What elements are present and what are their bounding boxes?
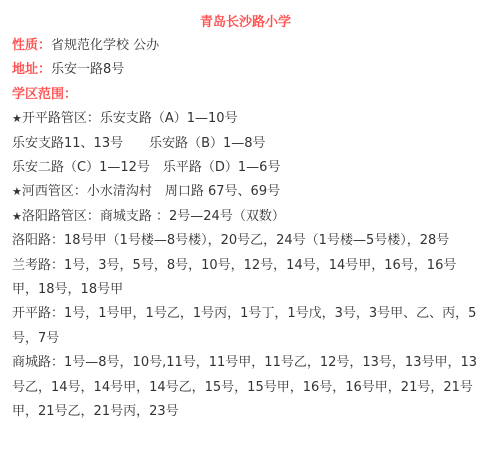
district-line: ★洛阳路管区：商城支路 ：2号—24号（双数） <box>12 205 479 229</box>
star-icon: ★ <box>12 210 22 223</box>
page-title: 青岛长沙路小学 <box>12 0 479 34</box>
nature-label: 性质： <box>12 38 51 53</box>
address-label: 地址： <box>12 62 51 77</box>
district-line-text: 开平路管区：乐安支路（A）1—10号 <box>22 111 238 126</box>
district-label: 学区范围： <box>12 87 77 102</box>
district-line-text: 洛阳路管区：商城支路 ：2号—24号（双数） <box>22 209 285 224</box>
nature-row: 性质：省规范化学校 公办 <box>12 34 479 58</box>
address-value: 乐安一路8号 <box>51 62 124 77</box>
document: 青岛长沙路小学 性质：省规范化学校 公办 地址：乐安一路8号 学区范围： ★开平… <box>0 0 489 425</box>
road-paragraph-shangcheng: 商城路：1号—8号，10号,11号，11号甲，11号乙，12号，13号，13号甲… <box>12 351 479 424</box>
district-heading: 学区范围： <box>12 83 479 107</box>
district-line-text: 河西管区：小水清沟村 周口路 67号、69号 <box>22 184 280 199</box>
road-paragraph-kaiping: 开平路：1号，1号甲，1号乙，1号丙，1号丁，1号戊，3号，3号甲、乙、丙，5号… <box>12 302 479 351</box>
road-paragraph-luoyang: 洛阳路：18号甲（1号楼—8号楼），20号乙，24号（1号楼—5号楼），28号 <box>12 229 479 253</box>
district-line: ★开平路管区：乐安支路（A）1—10号 <box>12 107 479 131</box>
nature-value: 省规范化学校 公办 <box>51 38 159 53</box>
star-icon: ★ <box>12 112 22 125</box>
district-line-text: 乐安支路11、13号 乐安路（B）1—8号 <box>12 136 266 151</box>
district-line: 乐安二路（C）1—12号 乐平路（D）1—6号 <box>12 156 479 180</box>
address-row: 地址：乐安一路8号 <box>12 58 479 82</box>
district-line: 乐安支路11、13号 乐安路（B）1—8号 <box>12 132 479 156</box>
road-paragraph-lankao: 兰考路：1号，3号，5号，8号，10号，12号，14号，14号甲，16号，16号… <box>12 254 479 303</box>
district-line: ★河西管区：小水清沟村 周口路 67号、69号 <box>12 180 479 204</box>
star-icon: ★ <box>12 185 22 198</box>
district-line-text: 乐安二路（C）1—12号 乐平路（D）1—6号 <box>12 160 280 175</box>
